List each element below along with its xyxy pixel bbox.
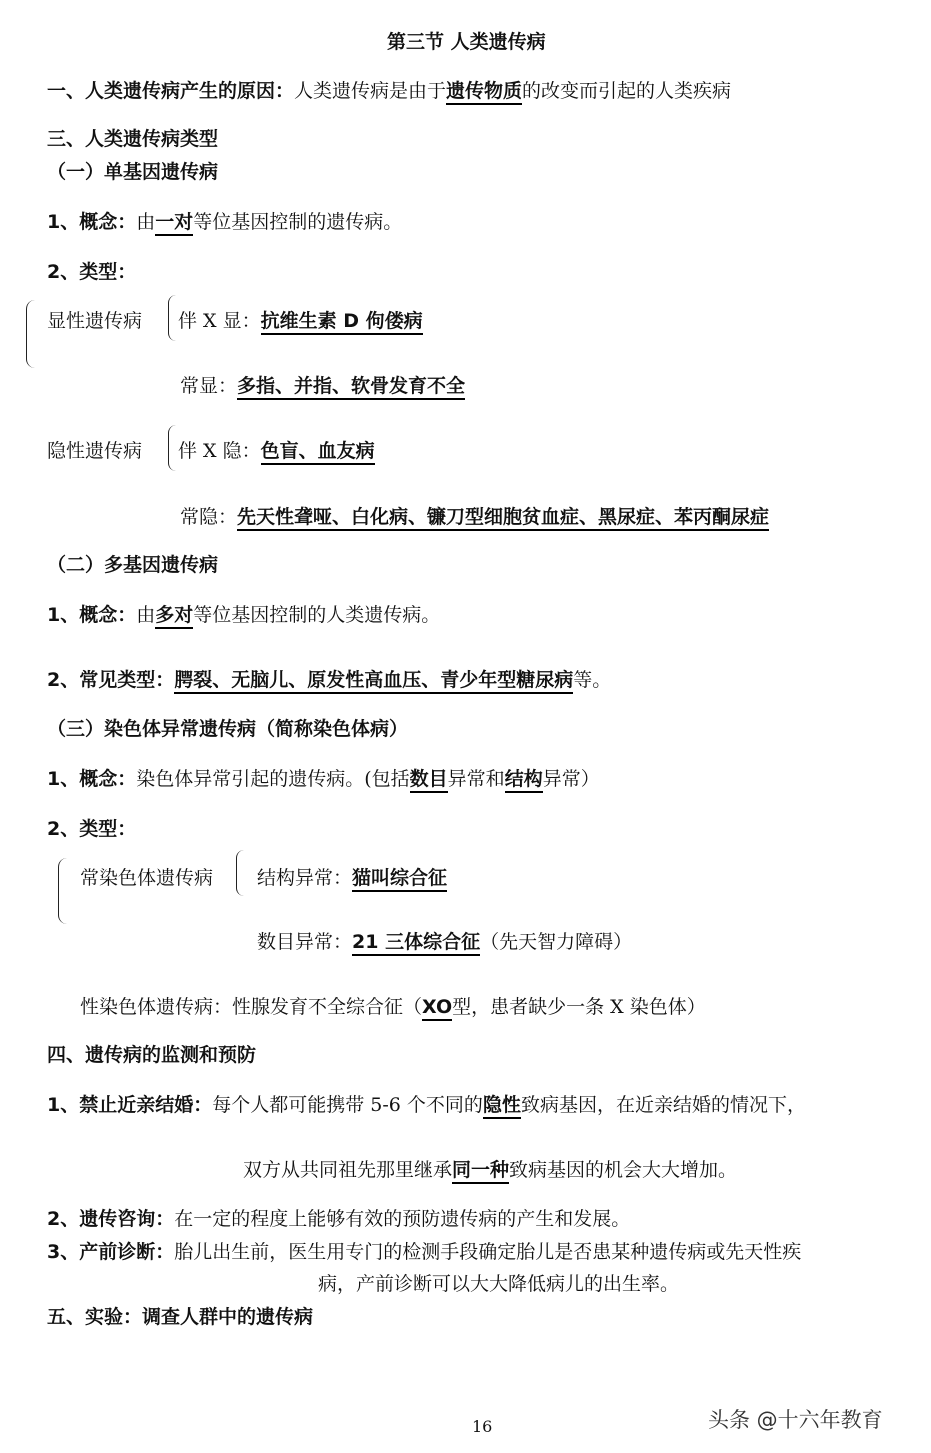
prevention-1-cont: 双方从共同祖先那里继承同一种致病基因的机会大大增加。 [243,1158,737,1182]
label: 2、遗传咨询： [47,1208,174,1230]
keyword: 多指、并指、软骨发育不全 [237,375,465,400]
brace-icon [168,425,176,471]
label: 伴 X 显： [178,310,261,332]
x-recessive: 伴 X 隐：色盲、血友病 [178,439,375,463]
text: 致病基因的机会大大增加。 [509,1159,737,1181]
keyword: 腭裂、无脑儿、原发性高血压、青少年型糖尿病 [174,669,573,694]
keyword: XO [422,996,452,1021]
dominant-label: 显性遗传病 [47,309,142,333]
multi-gene-heading: （二）多基因遗传病 [47,553,218,577]
keyword: 数目 [410,768,448,793]
keyword: 一对 [155,211,193,236]
prevention-1: 1、禁止近亲结婚：每个人都可能携带 5-6 个不同的隐性致病基因，在近亲结婚的情… [47,1093,806,1117]
text: 型，患者缺少一条 X 染色体） [452,996,706,1018]
numerical-abnormality: 数目异常：21 三体综合征（先天智力障碍） [257,930,632,954]
keyword: 21 三体综合征 [352,931,480,956]
section-1: 一、人类遗传病产生的原因：人类遗传病是由于遗传物质的改变而引起的人类疾病 [47,79,731,103]
text: 的改变而引起的人类疾病 [522,80,731,102]
text: 染色体异常引起的遗传病。(包括 [136,768,409,790]
recessive-label: 隐性遗传病 [47,439,142,463]
label: 1、概念： [47,211,136,233]
multi-types: 2、常见类型：腭裂、无脑儿、原发性高血压、青少年型糖尿病等。 [47,668,611,692]
prevention-3: 3、产前诊断：胎儿出生前，医生用专门的检测手段确定胎儿是否患某种遗传病或先天性疾 [47,1240,801,1264]
brace-icon [26,300,35,368]
page-title: 第三节 人类遗传病 [387,30,546,54]
label: 常显： [180,375,237,397]
keyword: 同一种 [452,1159,509,1184]
text: 等位基因控制的遗传病。 [193,211,402,233]
label: 1、概念： [47,768,136,790]
keyword: 隐性 [483,1094,521,1119]
label: 1、概念： [47,604,136,626]
auto-dominant: 常显：多指、并指、软骨发育不全 [180,374,465,398]
text: 等。 [573,669,611,691]
autosomal-label: 常染色体遗传病 [80,866,213,890]
section-3-heading: 三、人类遗传病类型 [47,127,218,151]
label: 1、禁止近亲结婚： [47,1094,212,1116]
brace-icon [236,850,244,896]
text: 异常） [543,768,600,790]
brace-icon [168,295,176,341]
text: 每个人都可能携带 5-6 个不同的 [212,1094,483,1116]
text: （先天智力障碍） [480,931,632,953]
chromosome-types-label: 2、类型： [47,817,136,841]
prevention-3-cont: 病，产前诊断可以大大降低病儿的出生率。 [318,1272,679,1296]
auto-recessive: 常隐：先天性聋哑、白化病、镰刀型细胞贫血症、黑尿症、苯丙酮尿症 [180,505,769,529]
label: 常隐： [180,506,237,528]
single-gene-heading: （一）单基因遗传病 [47,160,218,184]
keyword: 先天性聋哑、白化病、镰刀型细胞贫血症、黑尿症、苯丙酮尿症 [237,506,769,531]
page-number: 16 [472,1415,492,1439]
single-concept: 1、概念：由一对等位基因控制的遗传病。 [47,210,402,234]
text: 性染色体遗传病：性腺发育不全综合征（ [80,996,422,1018]
structural-abnormality: 结构异常：猫叫综合征 [257,866,447,890]
label: 3、产前诊断： [47,1241,174,1263]
watermark: 头条 @十六年教育 [708,1408,883,1432]
keyword: 抗维生素 D 佝偻病 [261,310,423,335]
text: 双方从共同祖先那里继承 [243,1159,452,1181]
keyword: 结构 [505,768,543,793]
prevention-2: 2、遗传咨询：在一定的程度上能够有效的预防遗传病的产生和发展。 [47,1207,630,1231]
label: 伴 X 隐： [178,440,261,462]
x-dominant: 伴 X 显：抗维生素 D 佝偻病 [178,309,423,333]
single-types-label: 2、类型： [47,260,136,284]
text: 由 [136,604,155,626]
keyword: 色盲、血友病 [261,440,375,465]
section-5-heading: 五、实验：调查人群中的遗传病 [47,1305,313,1329]
text: 人类遗传病是由于 [294,80,446,102]
chromosome-concept: 1、概念：染色体异常引起的遗传病。(包括数目异常和结构异常） [47,767,600,791]
chromosome-heading: （三）染色体异常遗传病（简称染色体病） [47,717,408,741]
brace-icon [58,858,67,924]
section-1-heading: 一、人类遗传病产生的原因： [47,80,294,102]
keyword: 猫叫综合征 [352,867,447,892]
text: 等位基因控制的人类遗传病。 [193,604,440,626]
text: 胎儿出生前，医生用专门的检测手段确定胎儿是否患某种遗传病或先天性疾 [174,1241,801,1263]
text: 在一定的程度上能够有效的预防遗传病的产生和发展。 [174,1208,630,1230]
label: 结构异常： [257,867,352,889]
label: 数目异常： [257,931,352,953]
text: 致病基因，在近亲结婚的情况下， [521,1094,806,1116]
section-4-heading: 四、遗传病的监测和预防 [47,1043,256,1067]
keyword: 遗传物质 [446,80,522,105]
sex-chromosome: 性染色体遗传病：性腺发育不全综合征（XO型，患者缺少一条 X 染色体） [80,995,706,1019]
text: 由 [136,211,155,233]
keyword: 多对 [155,604,193,629]
multi-concept: 1、概念：由多对等位基因控制的人类遗传病。 [47,603,440,627]
label: 2、常见类型： [47,669,174,691]
text: 异常和 [448,768,505,790]
